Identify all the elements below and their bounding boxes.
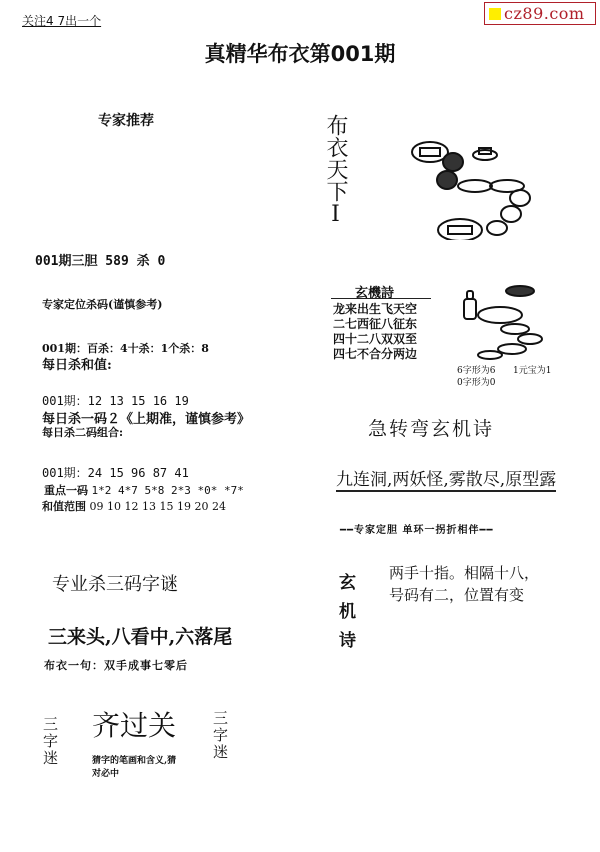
expert-dan-line: ━━专家定胆 单环一拐折相伴━━ <box>340 521 494 536</box>
poem-line: 二七西征八征东 <box>333 317 417 332</box>
daily-sum-kill-line: 001期：12 13 15 16 19 <box>42 392 189 409</box>
caption-1: 1元宝为1 <box>513 363 551 376</box>
poem-divider <box>331 298 431 299</box>
daily-kill-two-label: 每日杀二码组合: <box>42 424 123 440</box>
sum-range-label: 和值范围 <box>42 500 86 513</box>
sum-range-row: 和值范围 09 10 12 13 15 19 20 24 <box>42 498 226 514</box>
poem-line: 四七不合分两边 <box>333 347 417 362</box>
riddle-heading: 专业杀三码字谜 <box>52 570 178 596</box>
side-right-vertical: 三字迷 <box>210 710 231 761</box>
key-code-label: 重点一码 <box>44 484 88 497</box>
buyi-vertical: 布衣天下I <box>322 114 348 227</box>
page-title: 真精华布衣第001期 <box>0 38 600 68</box>
logo-text: cz89.com <box>504 4 585 23</box>
position-kill-heading: 专家定位杀码(谨慎参考) <box>42 296 162 312</box>
side-left-vertical: 三字迷 <box>40 716 61 767</box>
bottle-ingot-icon <box>460 285 560 360</box>
site-logo[interactable]: cz89.com <box>484 2 596 25</box>
top-note: 关注4 7出一个 <box>22 12 101 29</box>
xuanji-vertical: 玄机诗 <box>333 573 358 660</box>
poem-line: 龙来出生飞天空 <box>333 302 417 317</box>
riddle-text: 三来头,八看中,六落尾 <box>48 622 232 649</box>
ingot-chain-icon <box>405 130 565 240</box>
sum-range-values: 09 10 12 13 15 19 20 24 <box>90 500 226 513</box>
logo-square-icon <box>489 8 501 20</box>
three-dan-line: 001期三胆 589 杀 0 <box>35 250 165 269</box>
pass-title: 齐过关 <box>92 704 176 744</box>
key-code-values: 1*2 4*7 5*8 2*3 *0* *7* <box>92 484 244 497</box>
xuanji-line-1: 两手十指。相隔十八， <box>389 562 539 583</box>
poem-line: 四十二八双双至 <box>333 332 417 347</box>
buyi-line: 布衣一句：双手成事七零后 <box>44 657 188 673</box>
turn-line: 九连洞,两妖怪,雾散尽,原型露 <box>336 465 556 492</box>
daily-sum-kill-label: 每日杀和值: <box>42 354 112 373</box>
caption-0: 0字形为0 <box>457 375 495 388</box>
poem-lines: 龙来出生飞天空 二七西征八征东 四十二八双双至 四七不合分两边 <box>333 302 417 362</box>
xuanji-line-2: 号码有二，位置有变 <box>389 584 524 605</box>
pass-hint: 猜字的笔画和含义,猜对必中 <box>92 755 182 781</box>
combo-line: 001期：24 15 96 87 41 <box>42 464 189 481</box>
key-code-row: 重点一码 1*2 4*7 5*8 2*3 *0* *7* <box>44 482 244 498</box>
turn-heading: 急转弯玄机诗 <box>368 414 494 441</box>
expert-heading: 专家推荐 <box>98 110 154 130</box>
